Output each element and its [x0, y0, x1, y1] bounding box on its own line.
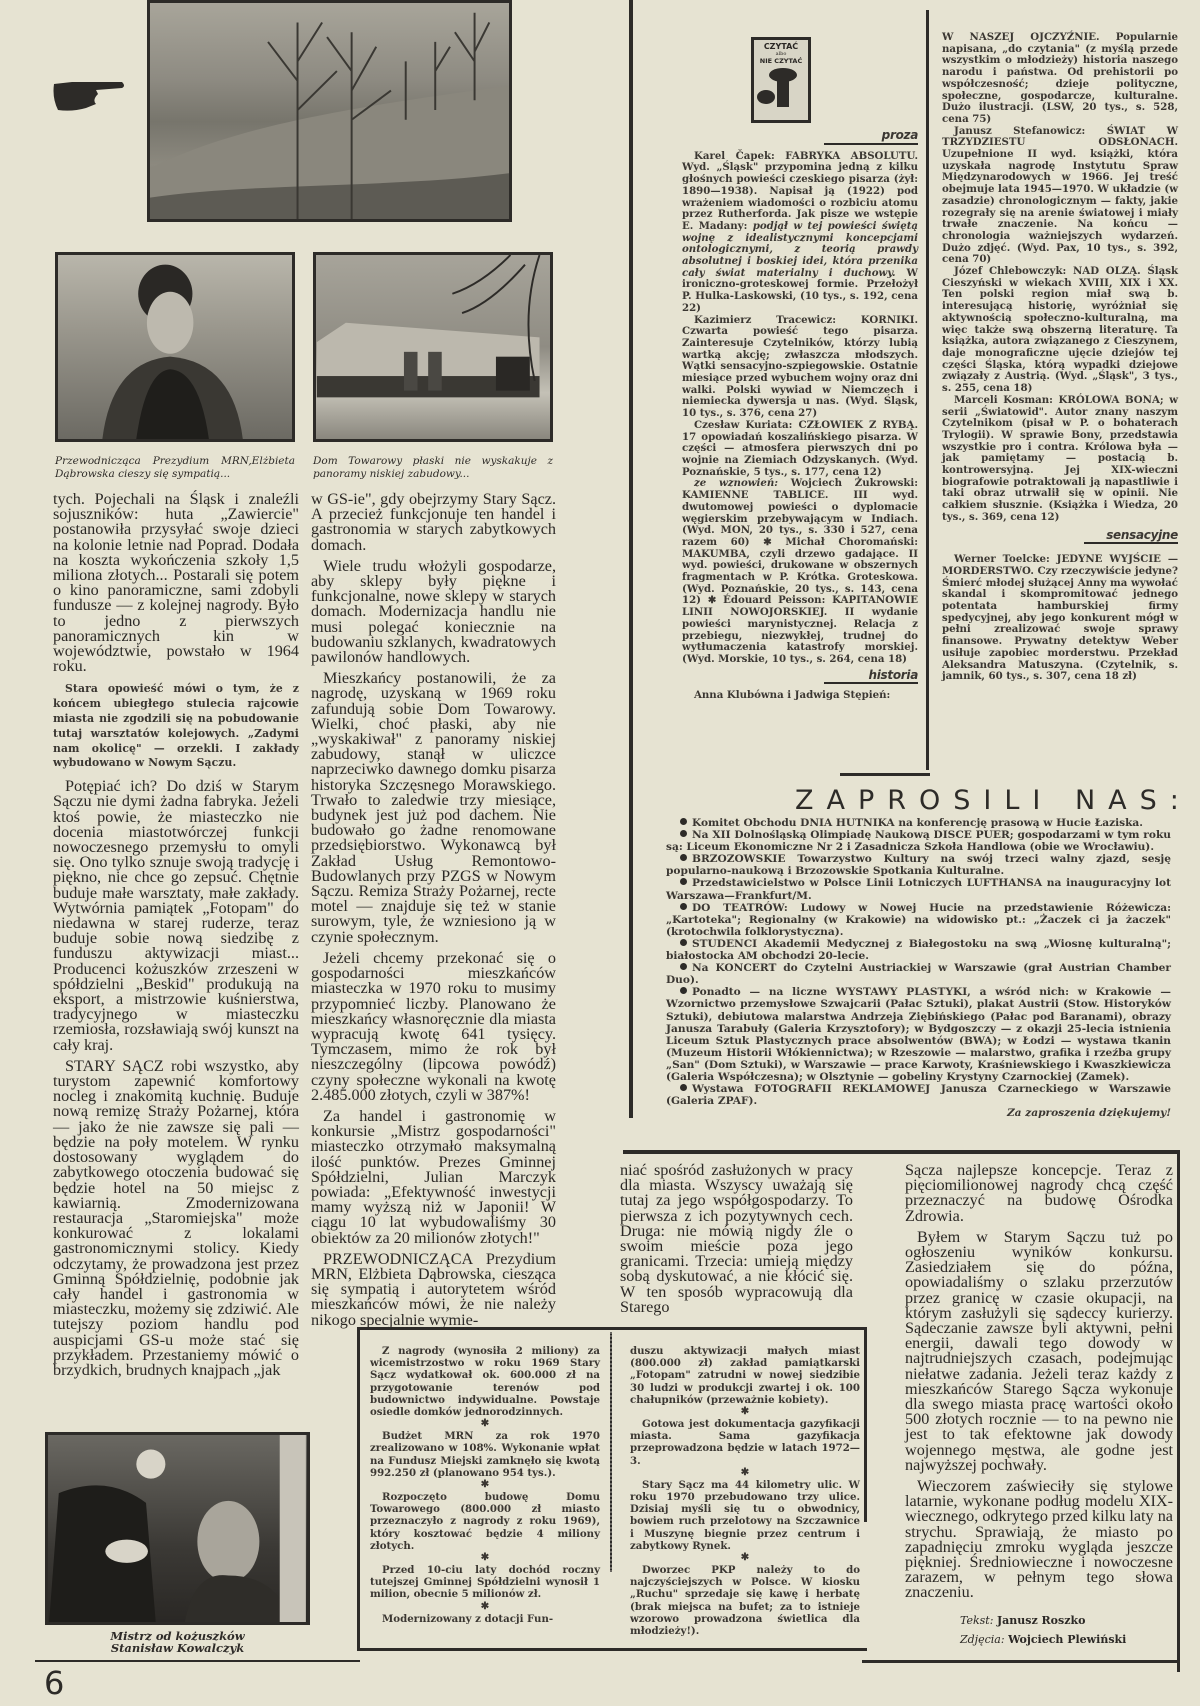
article-paragraph: niać spośród zasłużonych w pracy dla mia…: [620, 1163, 853, 1315]
invitations-thanks: Za zaproszenia dziękujemy!: [666, 1107, 1171, 1119]
invitation-item: DO TEATRÓW: Ludowy w Nowej Hucie na prze…: [666, 902, 1171, 938]
logo-line3: NIE CZYTAĆ: [754, 57, 808, 65]
book-author: ✱ Michał Choromański:: [763, 536, 918, 548]
book-author: ✱ Édouard Peisson:: [708, 594, 826, 606]
caption-furrier-line2: Stanisław Kowalczyk: [45, 1642, 310, 1654]
star-separator-icon: ✱: [630, 1552, 860, 1564]
book-title: MAKUMBA,: [682, 548, 750, 560]
credit-photo-author: Wojciech Plewiński: [1008, 1633, 1126, 1646]
column-4-bottom-rule: [862, 1660, 1180, 1663]
star-separator-icon: ✱: [630, 1406, 860, 1418]
book-author: Wojciech Żukrowski:: [791, 477, 918, 489]
page-bottom-rule: [35, 1660, 360, 1662]
book-author: Czesław Kuriata:: [694, 419, 792, 431]
article-paragraph: Jeżeli chcemy przekonać się o gospodarno…: [311, 951, 556, 1103]
invitation-item: Wystawa FOTOGRAFII REKLAMOWEJ Janusza Cz…: [666, 1083, 1171, 1107]
section-tag-proza: proza: [824, 130, 918, 145]
book-description: Czwarta powieść tego pisarza. Zainteresu…: [682, 325, 918, 419]
portrait-woman-icon: [58, 255, 292, 439]
fact-item: Przed 10-ciu laty dochód roczny tutejsze…: [370, 1564, 600, 1601]
facts-box-left-border: [357, 1328, 360, 1648]
article-paragraph: Potępiać ich? Do dziś w Starym Sączu nie…: [53, 779, 299, 1053]
book-description: Uzupełnione II wyd. książki, która uzysk…: [942, 148, 1178, 265]
invitation-item: Na XII Dolnośląską Olimpiadę Naukową DIS…: [666, 829, 1171, 853]
book-review: Janusz Stefanowicz: ŚWIAT W TRZYDZIESTU …: [942, 126, 1178, 266]
book-author: Janusz Stefanowicz:: [954, 125, 1085, 137]
bullet-icon: [680, 854, 687, 861]
article-column-3: niać spośród zasłużonych w pracy dla mia…: [620, 1163, 853, 1321]
credits: Tekst: Janusz Roszko Zdjęcia: Wojciech P…: [905, 1611, 1173, 1649]
fact-item: duszu aktywizacji małych miast (800.000 …: [630, 1345, 860, 1406]
fact-item: Rozpoczęto budowę Domu Towarowego (800.0…: [370, 1491, 600, 1552]
fact-item: Gotowa jest dokumentacja gazyfikacji mia…: [630, 1418, 860, 1467]
facts-right: duszu aktywizacji małych miast (800.000 …: [630, 1345, 860, 1637]
book-title: KAMIENNE TABLICE.: [682, 489, 828, 501]
article-column-1: tych. Pojechali na Śląsk i znaleźli soju…: [53, 492, 299, 1384]
book-review: Józef Chlebowczyk: NAD OLZĄ. Śląsk Ciesz…: [942, 266, 1178, 395]
column-4-right-border: [1177, 1152, 1180, 1672]
book-author: Karel Čapek:: [694, 150, 775, 162]
facts-box-right-border: [864, 1327, 867, 1522]
photo-landscape: [147, 0, 512, 222]
caption-furrier: Mistrz od kożuszków Stanisław Kowalczyk: [45, 1630, 310, 1654]
book-description: 17 opowiadań koszalińskiego pisarza. W c…: [682, 431, 918, 478]
book-title: CZŁOWIEK Z RYBĄ.: [798, 419, 918, 431]
books-logo: CZYTAĆ albo NIE CZYTAĆ: [751, 37, 811, 123]
book-description: Śląsk Cieszyński w wiekach XVIII, XIX i …: [942, 265, 1178, 394]
book-review: ze wznowień: Wojciech Żukrowski: KAMIENN…: [682, 478, 918, 665]
fact-item: Stary Sącz ma 44 kilometry ulic. W roku …: [630, 1479, 860, 1552]
facts-box-top-rule: [357, 1327, 867, 1330]
invitation-item: STUDENCI Akademii Medycznej z Białegosto…: [666, 938, 1171, 962]
star-separator-icon: ✱: [370, 1418, 600, 1430]
book-review: Czesław Kuriata: CZŁOWIEK Z RYBĄ. 17 opo…: [682, 420, 918, 479]
books-middle-border: [926, 10, 929, 770]
books-bottom-rule: [840, 773, 930, 776]
article-column-2: w GS-ie", gdy obejrzymy Stary Sącz. A pr…: [311, 492, 556, 1334]
building-icon: [316, 255, 550, 439]
star-separator-icon: ✱: [370, 1479, 600, 1491]
pointing-hand-icon: [52, 78, 124, 112]
photo-furrier: [45, 1432, 310, 1625]
caption-chairwoman: Przewodnicząca Prezydium MRN,Elżbieta Dą…: [55, 455, 295, 481]
bullet-icon: [680, 1084, 687, 1091]
section-tag-sensacyjne: sensacyjne: [1084, 530, 1178, 545]
article-paragraph: Za handel i gastronomię w konkursie „Mis…: [311, 1109, 556, 1246]
article-paragraph: STARY SĄCZ robi wszystko, aby turystom z…: [53, 1059, 299, 1378]
portrait-man-icon: [48, 1435, 307, 1622]
book-review: Werner Toelcke: JEDYNE WYJŚCIE — MORDERS…: [942, 554, 1178, 683]
invitation-item: Ponadto — na liczne WYSTAWY PLASTYKI, a …: [666, 986, 1171, 1083]
book-title: NAD OLZĄ.: [1073, 265, 1141, 277]
book-review: Kazimierz Tracewicz: KORNIKI. Czwarta po…: [682, 315, 918, 420]
page-number: 6: [44, 1664, 64, 1702]
reader-figure-icon: [757, 65, 805, 109]
bullet-icon: [680, 963, 687, 970]
bullet-icon: [680, 987, 687, 994]
book-review: Karel Čapek: FABRYKA ABSOLUTU. Wyd. „Ślą…: [682, 151, 918, 315]
article-paragraph: PRZEWODNICZĄCA Prezydium MRN, Elżbieta D…: [311, 1252, 556, 1328]
invitation-item: BRZOZOWSKIE Towarzystwo Kultury na swój …: [666, 853, 1171, 877]
bullet-icon: [680, 830, 687, 837]
credit-text-label: Tekst:: [960, 1614, 993, 1627]
book-author: Marceli Kosman:: [954, 394, 1053, 406]
book-prefix: ze wznowień:: [694, 477, 778, 489]
invitations-title: ZAPROSILI NAS:: [795, 785, 1192, 816]
books-left-border: [629, 0, 633, 1118]
book-title: KRÓLOWA BONA;: [1059, 394, 1164, 406]
facts-box-bottom-rule: [357, 1648, 867, 1651]
fact-item: Z nagrody (wynosiła 2 miliony) za wicemi…: [370, 1345, 600, 1418]
invitation-item: Komitet Obchodu DNIA HUTNIKA na konferen…: [666, 817, 1171, 829]
star-separator-icon: ✱: [630, 1467, 860, 1479]
article-paragraph: tych. Pojechali na Śląsk i znaleźli soju…: [53, 492, 299, 674]
article-paragraph: w GS-ie", gdy obejrzymy Stary Sącz. A pr…: [311, 492, 556, 553]
credit-text-author: Janusz Roszko: [997, 1614, 1085, 1627]
book-author: Anna Klubówna i Jadwiga Stępień:: [694, 689, 890, 701]
book-title: W NASZEJ OJCZYŹNIE.: [942, 31, 1100, 43]
star-separator-icon: ✱: [370, 1552, 600, 1564]
caption-department-store: Dom Towarowy płaski nie wyskakuje z pano…: [313, 455, 553, 481]
article-paragraph: Wieczorem zaświeciły się stylowe latarni…: [905, 1479, 1173, 1601]
book-title: FABRYKA ABSOLUTU.: [785, 150, 918, 162]
book-description: Popularnie napisana, „do czytania" (z my…: [942, 31, 1178, 125]
article-paragraph: Wiele trudu włożyli gospodarze, aby skle…: [311, 559, 556, 665]
bullet-icon: [680, 903, 687, 910]
book-review: Anna Klubówna i Jadwiga Stępień:: [682, 690, 918, 702]
books-column-1: proza Karel Čapek: FABRYKA ABSOLUTU. Wyd…: [682, 128, 918, 702]
photo-department-store: [313, 252, 553, 442]
facts-box-divider: [610, 1332, 612, 1572]
books-column-2: W NASZEJ OJCZYŹNIE. Popularnie napisana,…: [942, 32, 1178, 683]
star-separator-icon: ✱: [370, 1601, 600, 1613]
landscape-trees-icon: [150, 3, 509, 219]
invitation-item: Na KONCERT do Czytelni Austriackiej w Wa…: [666, 962, 1171, 986]
article-paragraph: Mieszkańcy postanowili, że za nagrodę, u…: [311, 671, 556, 945]
fact-item: Modernizowany z dotacji Fun-: [370, 1613, 600, 1625]
article-paragraph: Sącza najlepsze koncepcje. Teraz z pięci…: [905, 1163, 1173, 1224]
photo-chairwoman: [55, 252, 295, 442]
book-review: W NASZEJ OJCZYŹNIE. Popularnie napisana,…: [942, 32, 1178, 126]
logo-line1: CZYTAĆ: [754, 42, 808, 51]
book-author: Werner Toelcke:: [954, 553, 1050, 565]
invitation-item: Przedstawicielstwo w Polsce Linii Lotnic…: [666, 877, 1171, 901]
sidebar-note: Stara opowieść mówi o tym, że z końcem u…: [53, 682, 299, 771]
bullet-icon: [680, 818, 687, 825]
book-review: Marceli Kosman: KRÓLOWA BONA; w serii „Ś…: [942, 395, 1178, 524]
article-paragraph: Byłem w Starym Sączu tuż po ogłoszeniu w…: [905, 1230, 1173, 1473]
book-title: KORNIKI.: [861, 314, 918, 326]
invitations-list: Komitet Obchodu DNIA HUTNIKA na konferen…: [666, 817, 1171, 1119]
section-tag-historia: historia: [824, 670, 918, 685]
bullet-icon: [680, 878, 687, 885]
invitations-bottom-rule: [623, 1150, 1180, 1154]
book-description: w serii „Światowid". Autor znany naszym …: [942, 394, 1178, 523]
article-column-4: Sącza najlepsze koncepcje. Teraz z pięci…: [905, 1163, 1173, 1649]
facts-left: Z nagrody (wynosiła 2 miliony) za wicemi…: [370, 1345, 600, 1625]
book-author: Kazimierz Tracewicz:: [694, 314, 836, 326]
fact-item: Dworzec PKP należy to do najczyściejszyc…: [630, 1564, 860, 1637]
bullet-icon: [680, 939, 687, 946]
book-author: Józef Chlebowczyk:: [954, 265, 1066, 277]
credit-photo-label: Zdjęcia:: [960, 1633, 1005, 1646]
book-description: Czy rzeczywiście jedyne? Śmierć młodej s…: [942, 565, 1178, 682]
fact-item: Budżet MRN za rok 1970 zrealizowano w 10…: [370, 1430, 600, 1479]
